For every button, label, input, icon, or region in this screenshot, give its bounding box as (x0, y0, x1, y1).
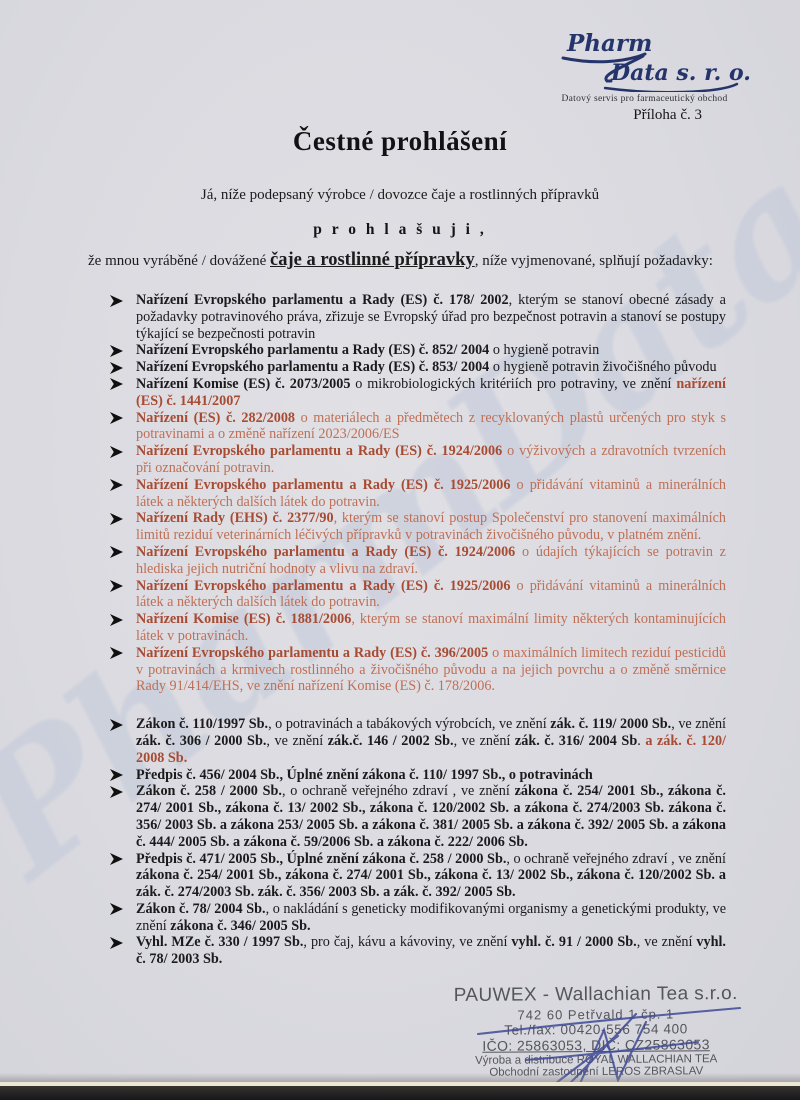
arrow-bullet-icon (110, 853, 123, 865)
regulation-item: Zákon č. 258 / 2000 Sb., o ochraně veřej… (108, 783, 726, 850)
products-highlight: čaje a rostlinné přípravky (270, 250, 475, 270)
regulation-item: Vyhl. MZe č. 330 / 1997 Sb., pro čaj, ká… (108, 934, 726, 968)
regulation-text-segment: Předpis č. 456/ 2004 Sb., Úplné znění zá… (136, 767, 593, 783)
regulations-list: Nařízení Evropského parlamentu a Rady (E… (108, 292, 726, 968)
regulation-item: Nařízení Evropského parlamentu a Rady (E… (108, 292, 726, 342)
arrow-bullet-icon (110, 769, 123, 781)
regulation-text-segment: Zákon č. 78/ 2004 Sb. (136, 901, 266, 917)
regulation-text-segment: Vyhl. MZe č. 330 / 1997 Sb. (136, 934, 303, 950)
regulation-text-segment: zák. č. 316/ 2004 Sb (515, 733, 637, 749)
regulation-text-segment: , o ochraně veřejného zdraví , ve znění (282, 783, 515, 799)
regulation-text-segment: o hygieně potravin živočišného původu (489, 359, 716, 375)
regulation-text-segment: vyhl. č. 91 / 2000 Sb. (511, 934, 636, 950)
regulation-item: Předpis č. 471/ 2005 Sb., Úplné znění zá… (108, 851, 726, 901)
arrow-bullet-icon (110, 345, 123, 357)
regulation-item: Nařízení Rady (EHS) č. 2377/90, kterým s… (108, 510, 726, 544)
regulation-text-segment: zákona č. 254/ 2001 Sb., zákona č. 274/ … (136, 867, 726, 900)
regulation-text-segment: , ve znění (454, 733, 515, 749)
requirements-paragraph: že mnou vyráběné / dovážené čaje a rostl… (88, 251, 736, 271)
intro-line: Já, níže podepsaný výrobce / dovozce čaj… (0, 187, 800, 204)
scanned-document-page: PharmData Pharm Data s. r. o. Datový ser… (0, 0, 800, 1100)
stamp-sales-line: Obchodní zastoupení LEROS ZBRASLAV (424, 1065, 768, 1079)
regulation-text-segment: Nařízení Evropského parlamentu a Rady (E… (136, 443, 502, 459)
arrow-bullet-icon (110, 719, 123, 731)
pharmdata-logo-icon: Pharm Data s. r. o. (537, 30, 752, 92)
regulation-text-segment: Nařízení Komise (ES) č. 1881/2006 (136, 611, 351, 627)
regulation-item: Nařízení Evropského parlamentu a Rady (E… (108, 544, 726, 578)
requirements-prefix: že mnou vyráběné / dovážené (88, 253, 270, 269)
regulation-text-segment: , o potravinách a tabákových výrobcích, … (268, 716, 550, 732)
regulation-text-segment: Nařízení Evropského parlamentu a Rady (E… (136, 544, 515, 560)
pharmdata-logo: Pharm Data s. r. o. Datový servis pro fa… (537, 30, 752, 104)
attachment-label: Příloha č. 3 (633, 107, 702, 124)
regulation-text-segment: Zákon č. 110/1997 Sb. (136, 716, 268, 732)
regulation-text-segment: , o ochraně veřejného zdraví , ve znění (506, 851, 726, 867)
regulation-item: Nařízení Evropského parlamentu a Rady (E… (108, 359, 726, 376)
regulation-text-segment: , ve znění (266, 733, 327, 749)
regulation-item: Nařízení Evropského parlamentu a Rady (E… (108, 342, 726, 359)
regulation-item: Nařízení Komise (ES) č. 2073/2005 o mikr… (108, 376, 726, 410)
regulation-text-segment: Zákon č. 258 / 2000 Sb. (136, 783, 282, 799)
regulation-item: Nařízení Evropského parlamentu a Rady (E… (108, 443, 726, 477)
regulation-item: Nařízení Evropského parlamentu a Rady (E… (108, 477, 726, 511)
regulation-text-segment: Nařízení Rady (EHS) č. 2377/90 (136, 510, 334, 526)
regulation-text-segment: Nařízení (ES) č. 282/2008 (136, 410, 295, 426)
logo-tagline: Datový servis pro farmaceutický obchod (537, 94, 752, 104)
regulation-item: Nařízení (ES) č. 282/2008 o materiálech … (108, 410, 726, 444)
arrow-bullet-icon (110, 362, 123, 374)
regulation-item: Nařízení Evropského parlamentu a Rady (E… (108, 578, 726, 612)
regulation-text-segment: Nařízení Evropského parlamentu a Rady (E… (136, 645, 488, 661)
arrow-bullet-icon (110, 412, 123, 424)
company-stamp: PAUWEX - Wallachian Tea s.r.o. 742 60 Pe… (424, 983, 769, 1079)
regulation-text-segment: Nařízení Komise (ES) č. 2073/2005 (136, 376, 350, 392)
regulation-text-segment: o hygieně potravin (489, 342, 599, 358)
arrow-bullet-icon (110, 546, 123, 558)
arrow-bullet-icon (110, 446, 123, 458)
regulation-text-segment: zákona č. 346/ 2005 Sb. (170, 918, 310, 934)
regulation-text-segment: Nařízení Evropského parlamentu a Rady (E… (136, 477, 510, 493)
regulation-text-segment: , ve znění (671, 716, 726, 732)
regulation-text-segment: o mikrobiologických kritériích pro potra… (350, 376, 676, 392)
regulation-text-segment: Nařízení Evropského parlamentu a Rady (E… (136, 359, 489, 375)
regulation-text-segment: zák. č. 119/ 2000 Sb. (550, 716, 671, 732)
arrow-bullet-icon (110, 614, 123, 626)
regulation-item: Zákon č. 78/ 2004 Sb., o nakládání s gen… (108, 901, 726, 935)
logo-text-data-sro: Data s. r. o. (610, 60, 751, 86)
regulation-text-segment: , pro čaj, kávu a kávoviny, ve znění (303, 934, 511, 950)
arrow-bullet-icon (110, 295, 123, 307)
arrow-bullet-icon (110, 378, 123, 390)
stamp-company-name: PAUWEX - Wallachian Tea s.r.o. (424, 983, 768, 1007)
requirements-suffix: , níže vyjmenované, splňují požadavky: (475, 253, 713, 269)
logo-text-pharm: Pharm (566, 30, 652, 57)
arrow-bullet-icon (110, 479, 123, 491)
regulation-item: Předpis č. 456/ 2004 Sb., Úplné znění zá… (108, 767, 726, 784)
document-title: Čestné prohlášení (0, 126, 800, 157)
regulation-text-segment: Nařízení Evropského parlamentu a Rady (E… (136, 578, 510, 594)
regulation-item: Nařízení Komise (ES) č. 1881/2006, který… (108, 611, 726, 645)
arrow-bullet-icon (110, 786, 123, 798)
regulation-item: Zákon č. 110/1997 Sb., o potravinách a t… (108, 716, 726, 766)
arrow-bullet-icon (110, 513, 123, 525)
regulation-text-segment: zák. č. 306 / 2000 Sb. (136, 733, 266, 749)
arrow-bullet-icon (110, 937, 123, 949)
regulation-text-segment: , ve znění (637, 934, 697, 950)
stamp-ico-dic: IČO: 25863053, DIČ: CZ25863053 (424, 1036, 768, 1054)
regulation-item: Nařízení Evropského parlamentu a Rady (E… (108, 645, 726, 695)
regulation-text-segment: Předpis č. 471/ 2005 Sb., Úplné znění zá… (136, 851, 506, 867)
arrow-bullet-icon (110, 903, 123, 915)
regulation-text-segment: Nařízení Evropského parlamentu a Rady (E… (136, 292, 509, 308)
regulation-text-segment: Nařízení Evropského parlamentu a Rady (E… (136, 342, 489, 358)
arrow-bullet-icon (110, 647, 123, 659)
declaration-word: p r o h l a š u j i , (0, 221, 800, 239)
arrow-bullet-icon (110, 580, 123, 592)
regulation-text-segment: zák.č. 146 / 2002 Sb. (328, 733, 454, 749)
